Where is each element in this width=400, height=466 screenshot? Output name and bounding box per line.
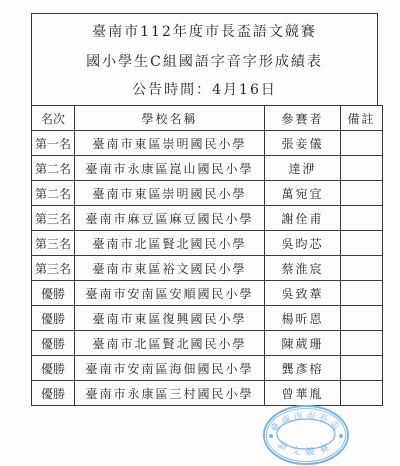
table-row: 優勝 臺南市永康區三村國民小學 曾華胤 <box>32 381 383 406</box>
remarks-cell <box>341 206 383 231</box>
rank-cell: 第三名 <box>32 231 75 256</box>
school-cell: 臺南市北區賢北國民小學 <box>75 331 265 356</box>
document-title: 臺南市112年度市長盃語文競賽 <box>32 21 377 41</box>
participant-cell: 蔡淮宸 <box>265 256 341 281</box>
rank-cell: 第一名 <box>32 131 75 156</box>
rank-cell: 第二名 <box>32 181 75 206</box>
participant-cell: 吳致葦 <box>265 281 341 306</box>
document-subtitle: 國小學生C組國語字音字形成績表 <box>32 51 377 71</box>
school-cell: 臺南市東區復興國民小學 <box>75 306 265 331</box>
table-row: 優勝 臺南市東區復興國民小學 楊昕恩 <box>32 306 383 331</box>
remarks-cell <box>341 156 383 181</box>
table-row: 優勝 臺南市安南區安順國民小學 吳致葦 <box>32 281 383 306</box>
school-cell: 臺南市北區賢北國民小學 <box>75 231 265 256</box>
remarks-cell <box>341 381 383 406</box>
table-row: 優勝 臺南市北區賢北國民小學 陳葳珊 <box>32 331 383 356</box>
seal-bottom-text: 語文競賽 <box>276 438 336 458</box>
school-cell: 臺南市安南區海佃國民小學 <box>75 356 265 381</box>
participant-cell: 陳葳珊 <box>265 331 341 356</box>
school-cell: 臺南市安南區安順國民小學 <box>75 281 265 306</box>
announcement-date: 公告時間：4月16日 <box>32 79 377 99</box>
rank-cell: 優勝 <box>32 356 75 381</box>
remarks-cell <box>341 306 383 331</box>
school-cell: 臺南市東區崇明國民小學 <box>75 131 265 156</box>
school-cell: 臺南市永康區三村國民小學 <box>75 381 265 406</box>
participant-cell: 龔彥榕 <box>265 356 341 381</box>
results-table: 名次 學校名稱 參賽者 備註 第一名 臺南市東區崇明國民小學 張妾儀 第二名 臺… <box>31 105 383 406</box>
table-row: 優勝 臺南市安南區海佃國民小學 龔彥榕 <box>32 356 383 381</box>
remarks-cell <box>341 181 383 206</box>
participant-cell: 曾華胤 <box>265 381 341 406</box>
remarks-cell <box>341 131 383 156</box>
participant-cell: 楊昕恩 <box>265 306 341 331</box>
remarks-cell <box>341 281 383 306</box>
table-row: 第三名 臺南市東區裕文國民小學 蔡淮宸 <box>32 256 383 281</box>
table-row: 第三名 臺南市麻豆區麻豆國民小學 謝佺甫 <box>32 206 383 231</box>
table-row: 第二名 臺南市東區崇明國民小學 萬宛宜 <box>32 181 383 206</box>
participant-cell: 萬宛宜 <box>265 181 341 206</box>
school-cell: 臺南市麻豆區麻豆國民小學 <box>75 206 265 231</box>
participant-cell: 達洢 <box>265 156 341 181</box>
remarks-cell <box>341 256 383 281</box>
header-school: 學校名稱 <box>75 106 265 131</box>
remarks-cell <box>341 356 383 381</box>
school-cell: 臺南市東區裕文國民小學 <box>75 256 265 281</box>
rank-cell: 優勝 <box>32 331 75 356</box>
remarks-cell <box>341 331 383 356</box>
school-cell: 臺南市東區崇明國民小學 <box>75 181 265 206</box>
rank-cell: 優勝 <box>32 306 75 331</box>
school-cell: 臺南市永康區崑山國民小學 <box>75 156 265 181</box>
table-row: 第三名 臺南市北區賢北國民小學 吳昀芯 <box>32 231 383 256</box>
header-remarks: 備註 <box>341 106 383 131</box>
table-row: 第二名 臺南市永康區崑山國民小學 達洢 <box>32 156 383 181</box>
participant-cell: 謝佺甫 <box>265 206 341 231</box>
table-row: 第一名 臺南市東區崇明國民小學 張妾儀 <box>32 131 383 156</box>
rank-cell: 優勝 <box>32 281 75 306</box>
header-rank: 名次 <box>32 106 75 131</box>
rank-cell: 第三名 <box>32 206 75 231</box>
seal-icon: 臺南市市長盃 語文競賽 <box>262 403 350 465</box>
participant-cell: 張妾儀 <box>265 131 341 156</box>
document-header-box: 臺南市112年度市長盃語文競賽 國小學生C組國語字音字形成績表 公告時間：4月1… <box>31 13 378 106</box>
participant-cell: 吳昀芯 <box>265 231 341 256</box>
rank-cell: 第二名 <box>32 156 75 181</box>
rank-cell: 優勝 <box>32 381 75 406</box>
official-seal-stamp: 臺南市市長盃 語文競賽 <box>262 403 350 465</box>
table-header-row: 名次 學校名稱 參賽者 備註 <box>32 106 383 131</box>
remarks-cell <box>341 231 383 256</box>
rank-cell: 第三名 <box>32 256 75 281</box>
header-participant: 參賽者 <box>265 106 341 131</box>
